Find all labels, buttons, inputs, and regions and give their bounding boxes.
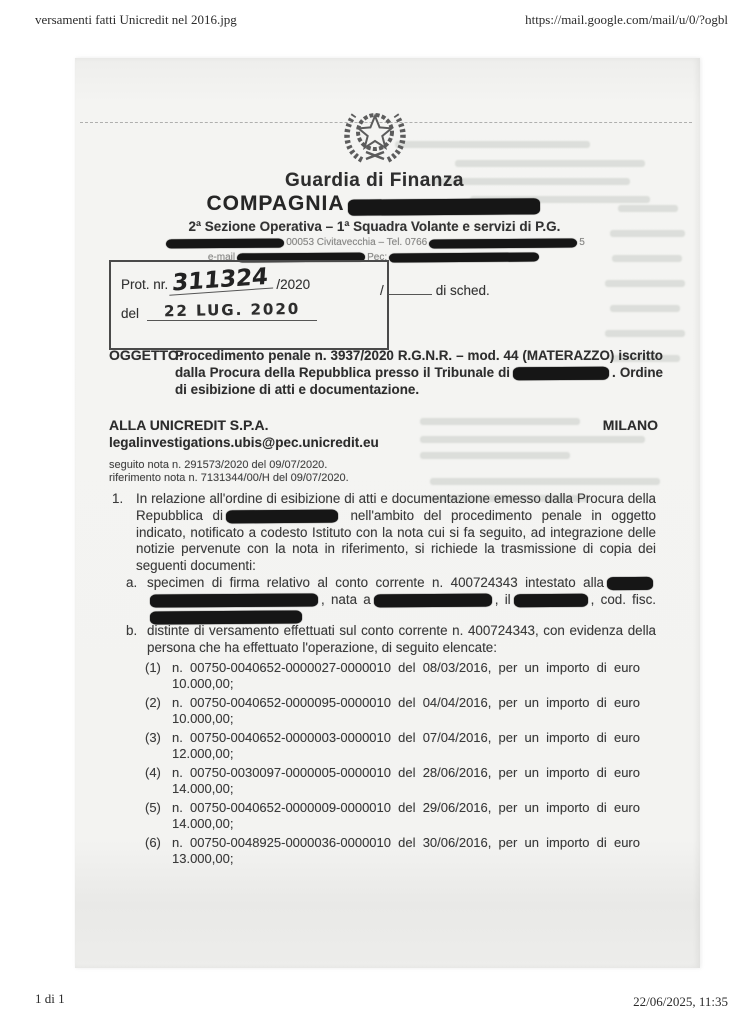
protocol-box: Prot. nr. 311324 /2020 del 22 LUG. 2020 <box>109 260 389 350</box>
redaction-bar <box>347 198 539 215</box>
subject-label: OGGETTO: <box>109 347 183 363</box>
paragraph-1-text: In relazione all'ordine di esibizione di… <box>136 491 656 575</box>
org-title: Guardia di Finanza <box>75 170 674 192</box>
subject-block: OGGETTO: Procedimento penale n. 3937/202… <box>109 347 660 398</box>
deposit-text: n. 00750-0040652-0000003-0000010 del 07/… <box>172 730 640 761</box>
redaction-bar <box>513 367 609 381</box>
deposit-item: (5) n. 00750-0040652-0000009-0000010 del… <box>145 800 650 831</box>
protocol-label: Prot. nr. <box>121 277 168 292</box>
org-address-line: 00053 Civitavecchia – Tel. 07665 <box>75 237 674 250</box>
address-fragment: 5 <box>579 237 585 248</box>
paragraph-1-number: 1. <box>112 491 123 508</box>
redaction-bar <box>374 593 492 607</box>
deposit-list: (1) n. 00750-0040652-0000027-0000010 del… <box>145 660 650 870</box>
republic-emblem-icon <box>332 102 418 166</box>
deposit-text: n. 00750-0040652-0000009-0000010 del 29/… <box>172 800 640 831</box>
deposit-marker: (2) <box>145 695 172 726</box>
deposit-marker: (3) <box>145 730 172 761</box>
print-footer-page-info: 1 di 1 <box>35 991 65 1007</box>
sched-slash: / <box>380 283 384 298</box>
deposit-item: (3) n. 00750-0040652-0000003-0000010 del… <box>145 730 650 761</box>
subject-text: Procedimento penale n. 3937/2020 R.G.N.R… <box>175 347 663 398</box>
item-a-post: , cod. fisc. <box>591 592 656 607</box>
item-a-mid1: , nata a <box>321 592 371 607</box>
org-section-line: 2ª Sezione Operativa – 1ª Squadra Volant… <box>75 218 674 235</box>
address-fragment: 00053 Civitavecchia – Tel. 0766 <box>286 237 427 248</box>
redaction-bar <box>429 238 577 248</box>
deposit-marker: (4) <box>145 765 172 796</box>
redaction-bar <box>150 610 302 624</box>
bleed-through-line <box>605 280 685 287</box>
redaction-bar <box>607 577 653 590</box>
print-header-filename: versamenti fatti Unicredit nel 2016.jpg <box>35 12 237 28</box>
bleed-through-line <box>605 330 685 337</box>
subject-line1-end: . <box>612 365 616 380</box>
reference-note-2: riferimento nota n. 7131344/00/H del 09/… <box>109 472 529 485</box>
redaction-bar <box>389 253 539 263</box>
item-b-text: distinte di versamento effettuati sul co… <box>147 623 656 657</box>
org-company-line: COMPAGNIA <box>75 192 674 216</box>
bleed-through-line <box>610 305 680 312</box>
item-a-text: specimen di firma relativo al conto corr… <box>147 575 656 625</box>
redaction-bar <box>226 509 338 523</box>
deposit-marker: (5) <box>145 800 172 831</box>
deposit-text: n. 00750-0040652-0000095-0000010 del 04/… <box>172 695 640 726</box>
date-stamp: 22 LUG. 2020 <box>164 300 301 321</box>
deposit-item: (1) n. 00750-0040652-0000027-0000010 del… <box>145 660 650 691</box>
deposit-item: (6) n. 00750-0048925-0000036-0000010 del… <box>145 835 650 866</box>
deposit-marker: (1) <box>145 660 172 691</box>
sched-line: /di sched. <box>380 282 490 298</box>
print-header-url: https://mail.google.com/mail/u/0/?ogbl <box>525 12 728 28</box>
date-stamp-line: 22 LUG. 2020 <box>147 301 317 321</box>
recipient-email: legalinvestigations.ubis@pec.unicredit.e… <box>109 434 529 451</box>
deposit-text: n. 00750-0030097-0000005-0000010 del 28/… <box>172 765 640 796</box>
reference-note-1: seguito nota n. 291573/2020 del 09/07/20… <box>109 459 529 472</box>
deposit-item: (4) n. 00750-0030097-0000005-0000010 del… <box>145 765 650 796</box>
recipient-city: MILANO <box>603 417 658 433</box>
sched-label: di sched. <box>436 283 490 298</box>
org-company-label: COMPAGNIA <box>206 192 344 215</box>
protocol-year: /2020 <box>276 277 310 292</box>
item-a-marker: a. <box>126 575 137 592</box>
recipient-block: ALLA UNICREDIT S.P.A. legalinvestigation… <box>109 417 529 485</box>
recipient-name: ALLA UNICREDIT S.P.A. <box>109 417 529 434</box>
item-a-pre: specimen di firma relativo al conto corr… <box>147 575 604 590</box>
protocol-number-handwritten: 311324 <box>170 266 275 295</box>
reference-notes: seguito nota n. 291573/2020 del 09/07/20… <box>109 459 529 485</box>
deposit-text: n. 00750-0040652-0000027-0000010 del 08/… <box>172 660 640 691</box>
item-b-marker: b. <box>126 623 137 640</box>
blank-line <box>388 282 432 295</box>
redaction-bar <box>166 238 284 248</box>
letterhead: Guardia di Finanza COMPAGNIA 2ª Sezione … <box>75 102 674 264</box>
deposit-item: (2) n. 00750-0040652-0000095-0000010 del… <box>145 695 650 726</box>
deposit-text: n. 00750-0048925-0000036-0000010 del 30/… <box>172 835 640 866</box>
protocol-del-label: del <box>121 306 139 321</box>
scanned-document-page: Guardia di Finanza COMPAGNIA 2ª Sezione … <box>75 58 700 968</box>
redaction-bar <box>150 593 318 607</box>
deposit-marker: (6) <box>145 835 172 866</box>
redaction-bar <box>514 594 588 608</box>
print-footer-timestamp: 22/06/2025, 11:35 <box>633 994 728 1010</box>
item-a-mid2: , il <box>495 592 511 607</box>
